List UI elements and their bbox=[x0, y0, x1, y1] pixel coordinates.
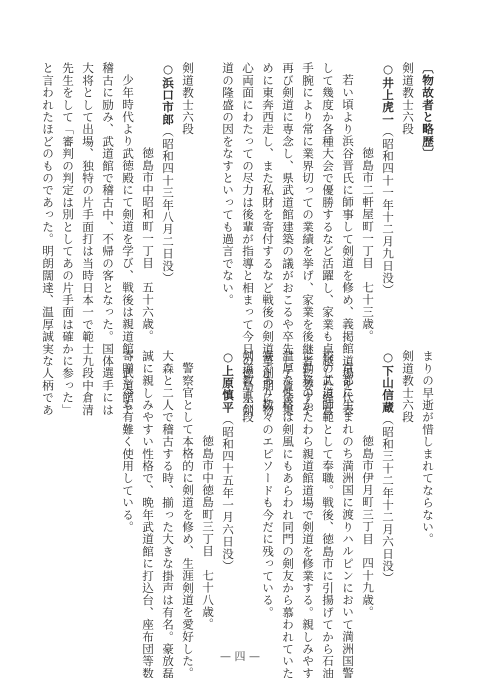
entry-2-name-line: ○浜口市郎（昭和四十三年八月二日没） bbox=[158, 62, 178, 312]
entry-1-body-line: 手腕により常に業界切っての業績を挙げ、家業を後継者に委すや bbox=[298, 62, 318, 312]
entry-1-name: ○井上虎一 bbox=[381, 62, 395, 125]
entry-3-body-line: 温厚な性格は剣風にもあらわれ同門の剣友から慕われていた。酒 bbox=[278, 350, 298, 590]
lower-text-block: まりの早逝が惜しまれてならない。 剣道教士六段 ○下山信蔵（昭和三十二年十二月六… bbox=[38, 350, 438, 590]
entry-2-address-age: 徳島市中昭和町一丁目 五十六歳。 bbox=[138, 62, 158, 312]
entry-1-body-line: 若い頃より浜谷晋氏に師事して剣道を修め、義掲館道場を代表 bbox=[338, 62, 358, 312]
entry-4-name-line: ○上原慎平（昭和四十五年一月六日没） bbox=[218, 350, 238, 590]
entry-4-address-age: 徳島市中徳島町三丁目 七十八歳。 bbox=[198, 350, 218, 590]
section-heading: 〔物故者と略歴〕 bbox=[418, 62, 438, 312]
entry-4-body-line: 大森と二人で稽古する時、揃った大きな掛声は有名。豪放磊落な bbox=[158, 350, 178, 590]
entry-4-body-line: 誠に親しみやすい性格で、晩年武道館に打込台、座布団等数々を bbox=[138, 350, 158, 590]
entry-2-name: ○浜口市郎 bbox=[161, 62, 175, 125]
upper-text-block: 〔物故者と略歴〕 剣道教士六段 ○井上虎一（昭和四十一年十二月九日没） 徳島市二… bbox=[38, 62, 438, 312]
entry-3-body-line: 京都に生まれのち満洲国に渡りハルピンにおいて満洲国警察学 bbox=[338, 350, 358, 590]
entry-3-body-line: に勤務のかたわら親道館道場で剣道を修業する。親しみやすく、 bbox=[298, 350, 318, 590]
entry-3-name: ○下山信蔵 bbox=[381, 350, 395, 413]
entry-2-body-line: と言われたほどのものであった。明朗闊達、温厚誠実な人柄であ bbox=[38, 62, 58, 312]
entry-4-name: ○上原慎平 bbox=[221, 350, 235, 413]
entry-1-body-line: して幾度か各種大会で優勝するなど活躍し、家業も卓越した経営 bbox=[318, 62, 338, 312]
entry-2-body-line: 稽古に励み、武道館で稽古中、不帰の客となった。国体選手には bbox=[98, 62, 118, 312]
entry-1-rank: 剣道教士六段 bbox=[398, 62, 418, 312]
entry-2-body-line: まりの早逝が惜しまれてならない。 bbox=[418, 350, 438, 590]
entry-3-body-line: 豪であり数々のエピソードも今だに残っている。 bbox=[258, 350, 278, 590]
entry-1-address-age: 徳島市二軒屋町一丁目 七十三歳。 bbox=[358, 62, 378, 312]
spacer bbox=[198, 62, 218, 312]
entry-1-body-line: 道の隆盛の因をなすといっても過言でない。 bbox=[218, 62, 238, 312]
entry-2-body-line: 少年時代より武徳殿にて剣道を学び、戦後は親道館、武道館で bbox=[118, 62, 138, 312]
entry-3-death: （昭和三十二年十二月六日没） bbox=[381, 413, 395, 584]
entry-4-death: （昭和四十五年一月六日没） bbox=[221, 413, 235, 572]
entry-1-death: （昭和四十一年十二月九日没） bbox=[381, 125, 395, 296]
entry-4-body-line: 警察官として本格的に剣道を修め、生涯剣道を愛好した。兄の bbox=[178, 350, 198, 590]
entry-3-address-age: 徳島市伊月町三丁目 四十九歳。 bbox=[358, 350, 378, 590]
entry-4-body-line: 寄贈し今も有難く使用している。 bbox=[118, 350, 138, 590]
entry-3-body-line: 校の武道師範として奉職。戦後、徳島市に引揚げてから石油会社 bbox=[318, 350, 338, 590]
entry-2-rank: 剣道教士六段 bbox=[178, 62, 198, 312]
entry-1-body-line: 再び剣道に専念し、県武道館建築の議がおこるや卒先して資金集 bbox=[278, 62, 298, 312]
entry-3-rank: 剣道教士六段 bbox=[398, 350, 418, 590]
entry-2-body-line: 大将として出場、独特の片手面打は当時日本一で範士九段中倉清 bbox=[78, 62, 98, 312]
entry-2-death: （昭和四十三年八月二日没） bbox=[161, 125, 175, 284]
entry-1-name-line: ○井上虎一（昭和四十一年十二月九日没） bbox=[378, 62, 398, 312]
entry-3-name-line: ○下山信蔵（昭和三十二年十二月六日没） bbox=[378, 350, 398, 590]
page-number: — 四 — bbox=[0, 648, 480, 664]
entry-4-rank: 剣道教士六段 bbox=[238, 350, 258, 590]
entry-1-body-line: 心両面にわたっての尽力は後輩が指導と相まって今日の徳島県剣 bbox=[238, 62, 258, 312]
entry-1-body-line: めに東奔西走し、また私財を寄付するなど戦後の剣道草創期に物 bbox=[258, 62, 278, 312]
entry-2-body-line: 先生をして「審判の判定は別としてあの片手面は確かに参った」 bbox=[58, 62, 78, 312]
